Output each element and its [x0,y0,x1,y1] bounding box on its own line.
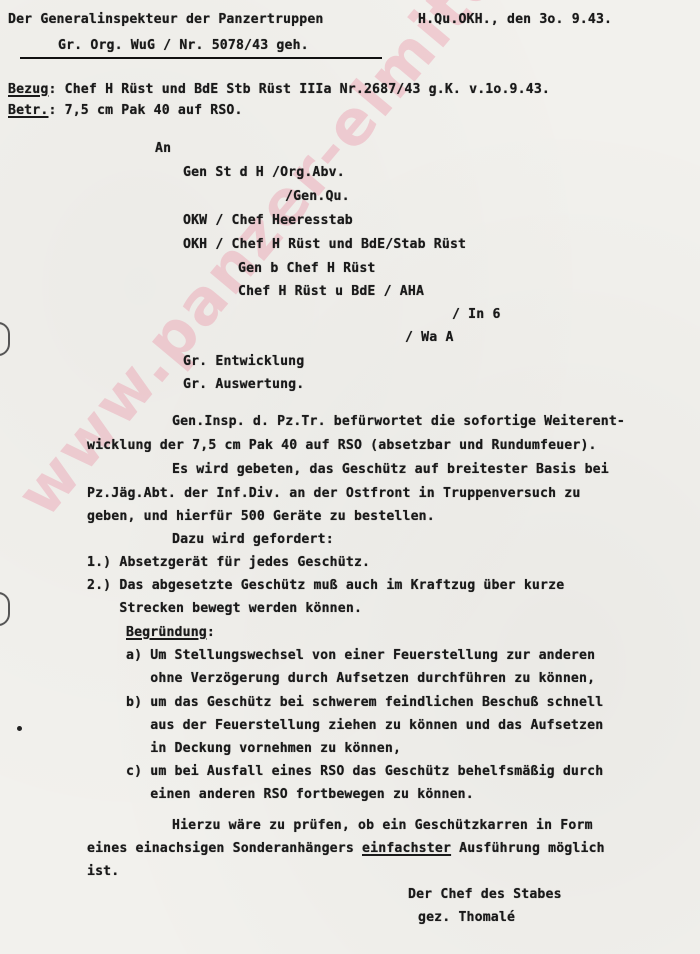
file-reference: Gr. Org. WuG / Nr. 5078/43 geh. [58,38,309,54]
begruendung-label: Begründung [126,625,207,640]
recipient-line: Gr. Entwicklung [183,354,304,370]
recipient-line: / Wa A [405,330,454,346]
signature-name: gez. Thomalé [418,910,515,926]
body-para4-line: eines einachsigen Sonderanhängers einfac… [87,841,605,857]
requirement-item: 1.) Absetzgerät für jedes Geschütz. [87,555,370,571]
reason-line: aus der Feuerstellung ziehen zu können u… [126,718,603,734]
body-para4-line: Hierzu wäre zu prüfen, ob ein Geschützka… [172,818,593,834]
recipients-an: An [155,141,171,157]
recipient-line: / In 6 [452,307,501,323]
bezug-line: Bezug: Chef H Rüst und BdE Stb Rüst IIIa… [8,82,550,98]
sender-line: Der Generalinspekteur der Panzertruppen [8,12,324,28]
body-para2-line: Es wird gebeten, das Geschütz auf breite… [172,462,609,478]
body-para2-line: geben, und hierfür 500 Geräte zu bestell… [87,509,435,525]
begruendung-colon: : [207,625,215,640]
begruendung-heading: Begründung: [126,625,215,641]
betreff-text: : 7,5 cm Pak 40 auf RSO. [48,103,242,118]
bezug-text: : Chef H Rüst und BdE Stb Rüst IIIa Nr.2… [48,82,550,97]
recipient-line: Gen St d H /Org.Abv. [183,165,345,181]
reason-line: einen anderen RSO fortbewegen zu können. [126,787,474,803]
reason-line: a) Um Stellungswechsel von einer Feuerst… [126,648,595,664]
body-para3: Dazu wird gefordert: [172,532,334,548]
para4-text: Ausführung möglich [451,841,605,856]
punch-hole-mark [0,322,10,356]
recipient-line: /Gen.Qu. [285,189,350,205]
para4-text: eines einachsigen Sonderanhängers [87,841,362,856]
punch-hole-mark [0,592,10,626]
body-para1-line: Gen.Insp. d. Pz.Tr. befürwortet die sofo… [172,414,625,430]
recipient-line: Gr. Auswertung. [183,377,304,393]
betreff-label: Betr. [8,103,48,118]
reason-line: c) um bei Ausfall eines RSO das Geschütz… [126,764,603,780]
body-para1-line: wicklung der 7,5 cm Pak 40 auf RSO (abse… [87,438,597,454]
document-page: www.panzer-elmito.org Der Generalinspekt… [0,0,700,954]
place-date: H.Qu.OKH., den 3o. 9.43. [418,12,612,28]
requirement-item: Strecken bewegt werden können. [87,601,362,617]
body-para4-line: ist. [87,864,119,880]
reason-line: ohne Verzögerung durch Aufsetzen durchfü… [126,671,595,687]
betreff-line: Betr.: 7,5 cm Pak 40 auf RSO. [8,103,243,119]
para4-emphasis: einfachster [362,841,451,856]
recipient-line: OKW / Chef Heeresstab [183,213,353,229]
body-para2-line: Pz.Jäg.Abt. der Inf.Div. an der Ostfront… [87,486,580,502]
signature-title: Der Chef des Stabes [408,887,562,903]
recipient-line: Gen b Chef H Rüst [238,261,376,277]
reason-line: in Deckung vornehmen zu können, [126,741,401,757]
reason-line: b) um das Geschütz bei schwerem feindlic… [126,695,603,711]
recipient-line: OKH / Chef H Rüst und BdE/Stab Rüst [183,237,466,253]
ink-dot [17,726,22,731]
recipient-line: Chef H Rüst u BdE / AHA [238,284,424,300]
requirement-item: 2.) Das abgesetzte Geschütz muß auch im … [87,578,564,594]
bezug-label: Bezug [8,82,48,97]
header-underline [20,57,382,59]
